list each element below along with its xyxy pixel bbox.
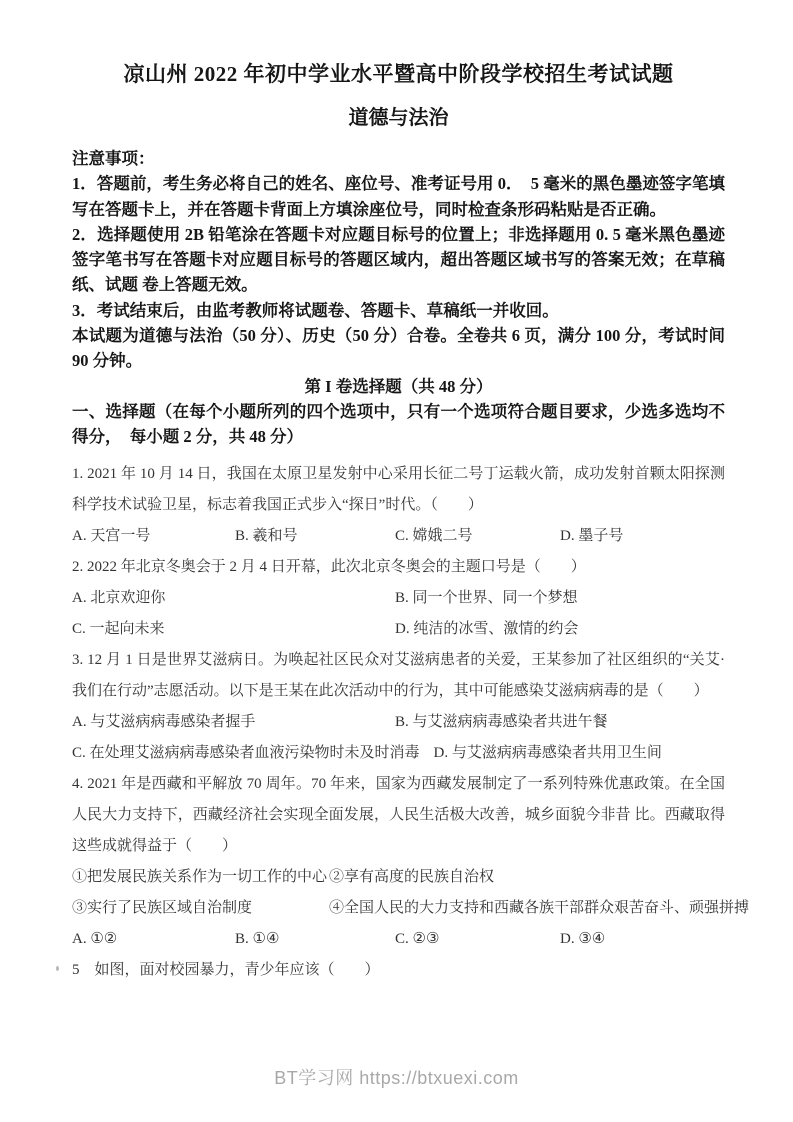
- option-c: C. 嫦娥二号: [395, 521, 560, 552]
- notices-block: 注意事项： 1．答题前，考生务必将自己的姓名、座位号、准考证号用 0． 5 毫米…: [72, 146, 725, 374]
- page-content: 凉山州 2022 年初中学业水平暨高中阶段学校招生考试试题 道德与法治 注意事项…: [72, 0, 725, 986]
- question-2-options-cd: C. 一起向未来 D. 纯洁的冰雪、激情的约会: [72, 614, 725, 645]
- question-4: 4. 2021 年是西藏和平解放 70 周年。70 年来，国家为西藏发展制定了一…: [72, 769, 725, 955]
- option-d: D. 与艾滋病病毒感染者共用卫生间: [434, 745, 662, 761]
- page-title: 凉山州 2022 年初中学业水平暨高中阶段学校招生考试试题: [72, 60, 725, 88]
- question-3: 3. 12 月 1 日是世界艾滋病日。为唤起社区民众对艾滋病患者的关爱，王某参加…: [72, 645, 725, 769]
- option-d: D. ③④: [560, 924, 605, 955]
- question-5-stem: 5 如图，面对校园暴力，青少年应该（ ）: [72, 955, 725, 986]
- option-c: C. 一起向未来: [72, 614, 395, 645]
- option-d: D. 墨子号: [560, 521, 623, 552]
- option-b: B. 同一个世界、同一个梦想: [395, 583, 578, 614]
- part-heading: 第 I 卷选择题（共 48 分）: [72, 374, 725, 399]
- notices-heading: 注意事项：: [72, 146, 725, 171]
- site-watermark: BT学习网 https://btxuexi.com: [0, 1064, 793, 1090]
- option-a: A. 与艾滋病病毒感染者握手: [72, 707, 395, 738]
- question-2-options-ab: A. 北京欢迎你 B. 同一个世界、同一个梦想: [72, 583, 725, 614]
- subitem-4: ④全国人民的大力支持和西藏各族干部群众艰苦奋斗、顽强拼搏: [329, 893, 749, 924]
- question-1: 1. 2021 年 10 月 14 日，我国在太原卫星发射中心采用长征二号丁运载…: [72, 459, 725, 552]
- question-1-options: A. 天宫一号 B. 羲和号 C. 嫦娥二号 D. 墨子号: [72, 521, 725, 552]
- subitem-2: ②享有高度的民族自治权: [329, 862, 494, 893]
- option-a: A. ①②: [72, 924, 235, 955]
- question-5: 5 如图，面对校园暴力，青少年应该（ ）: [72, 955, 725, 986]
- question-2: 2. 2022 年北京冬奥会于 2 月 4 日开幕，此次北京冬奥会的主题口号是（…: [72, 552, 725, 645]
- option-d: D. 纯洁的冰雪、激情的约会: [395, 614, 578, 645]
- scan-artifact-mark: [56, 966, 59, 971]
- option-c: C. 在处理艾滋病病毒感染者血液污染物时未及时消毒: [72, 745, 420, 761]
- question-4-subitems-12: ①把发展民族关系作为一切工作的中心 ②享有高度的民族自治权: [72, 862, 725, 893]
- exam-paper-page: 凉山州 2022 年初中学业水平暨高中阶段学校招生考试试题 道德与法治 注意事项…: [0, 0, 793, 1122]
- exam-info: 本试题为道德与法治（50 分）、历史（50 分）合卷。全卷共 6 页，满分 10…: [72, 323, 725, 374]
- notice-item-3: 3．考试结束后，由监考教师将试题卷、答题卡、草稿纸一并收回。: [72, 298, 725, 323]
- option-c: C. ②③: [395, 924, 560, 955]
- question-4-stem: 4. 2021 年是西藏和平解放 70 周年。70 年来，国家为西藏发展制定了一…: [72, 769, 725, 862]
- notice-item-1: 1．答题前，考生务必将自己的姓名、座位号、准考证号用 0． 5 毫米的黑色墨迹签…: [72, 171, 725, 222]
- option-a: A. 天宫一号: [72, 521, 235, 552]
- subitem-1: ①把发展民族关系作为一切工作的中心: [72, 862, 329, 893]
- question-4-options: A. ①② B. ①④ C. ②③ D. ③④: [72, 924, 725, 955]
- option-b: B. ①④: [235, 924, 395, 955]
- question-3-stem: 3. 12 月 1 日是世界艾滋病日。为唤起社区民众对艾滋病患者的关爱，王某参加…: [72, 645, 725, 707]
- question-2-stem: 2. 2022 年北京冬奥会于 2 月 4 日开幕，此次北京冬奥会的主题口号是（…: [72, 552, 725, 583]
- option-b: B. 与艾滋病病毒感染者共进午餐: [395, 707, 608, 738]
- questions-block: 1. 2021 年 10 月 14 日，我国在太原卫星发射中心采用长征二号丁运载…: [72, 459, 725, 986]
- option-b: B. 羲和号: [235, 521, 395, 552]
- subitem-3: ③实行了民族区域自治制度: [72, 893, 329, 924]
- section-instruction: 一、选择题（在每个小题所列的四个选项中，只有一个选项符合题目要求，少选多选均不得…: [72, 399, 725, 450]
- question-4-subitems-34: ③实行了民族区域自治制度 ④全国人民的大力支持和西藏各族干部群众艰苦奋斗、顽强拼…: [72, 893, 725, 924]
- question-3-options-cd: C. 在处理艾滋病病毒感染者血液污染物时未及时消毒D. 与艾滋病病毒感染者共用卫…: [72, 738, 725, 769]
- question-1-stem: 1. 2021 年 10 月 14 日，我国在太原卫星发射中心采用长征二号丁运载…: [72, 459, 725, 521]
- option-a: A. 北京欢迎你: [72, 583, 395, 614]
- notice-item-2: 2．选择题使用 2B 铅笔涂在答题卡对应题目标号的位置上；非选择题用 0. 5 …: [72, 222, 725, 298]
- page-subtitle: 道德与法治: [72, 105, 725, 131]
- question-3-options-ab: A. 与艾滋病病毒感染者握手 B. 与艾滋病病毒感染者共进午餐: [72, 707, 725, 738]
